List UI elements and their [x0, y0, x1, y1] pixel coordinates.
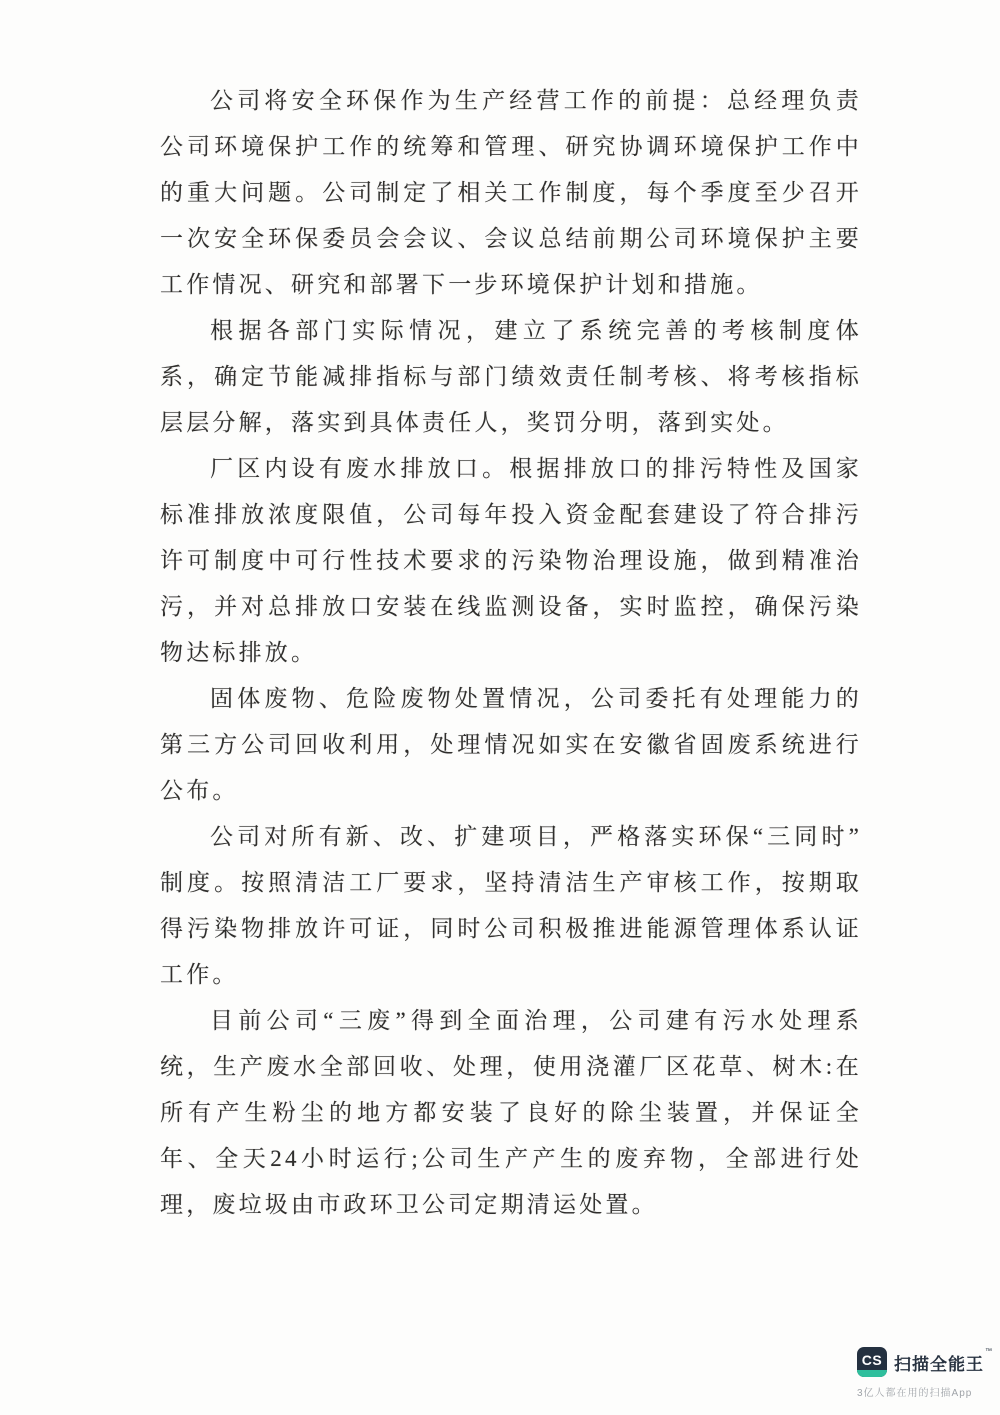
paragraph-2: 根据各部门实际情况，建立了系统完善的考核制度体系，确定节能减排指标与部门绩效责任…: [160, 308, 862, 446]
camscanner-logo-teal-strip: [857, 1370, 887, 1377]
paragraph-1: 公司将安全环保作为生产经营工作的前提：总经理负责公司环境保护工作的统筹和管理、研…: [160, 78, 862, 308]
camscanner-app-name: 扫描全能王™: [894, 1350, 992, 1375]
scanned-document-page: 公司将安全环保作为生产经营工作的前提：总经理负责公司环境保护工作的统筹和管理、研…: [0, 0, 1000, 1415]
paragraph-5: 公司对所有新、改、扩建项目，严格落实环保“三同时”制度。按照清洁工厂要求，坚持清…: [160, 814, 862, 998]
paragraph-6: 目前公司“三废”得到全面治理，公司建有污水处理系统，生产废水全部回收、处理，使用…: [160, 998, 862, 1228]
trademark-symbol: ™: [985, 1348, 993, 1355]
document-body-text: 公司将安全环保作为生产经营工作的前提：总经理负责公司环境保护工作的统筹和管理、研…: [160, 78, 862, 1228]
camscanner-watermark: CS 扫描全能王™ 3亿人都在用的扫描App: [857, 1347, 977, 1399]
paragraph-3: 厂区内设有废水排放口。根据排放口的排污特性及国家标准排放浓度限值，公司每年投入资…: [160, 446, 862, 676]
camscanner-watermark-row: CS 扫描全能王™: [857, 1347, 977, 1377]
camscanner-app-name-text: 扫描全能王: [894, 1355, 984, 1374]
camscanner-logo-letters: CS: [857, 1348, 887, 1371]
camscanner-tagline: 3亿人都在用的扫描App: [857, 1384, 977, 1399]
paragraph-4: 固体废物、危险废物处置情况，公司委托有处理能力的第三方公司回收利用，处理情况如实…: [160, 676, 862, 814]
camscanner-logo-icon: CS: [857, 1347, 887, 1377]
